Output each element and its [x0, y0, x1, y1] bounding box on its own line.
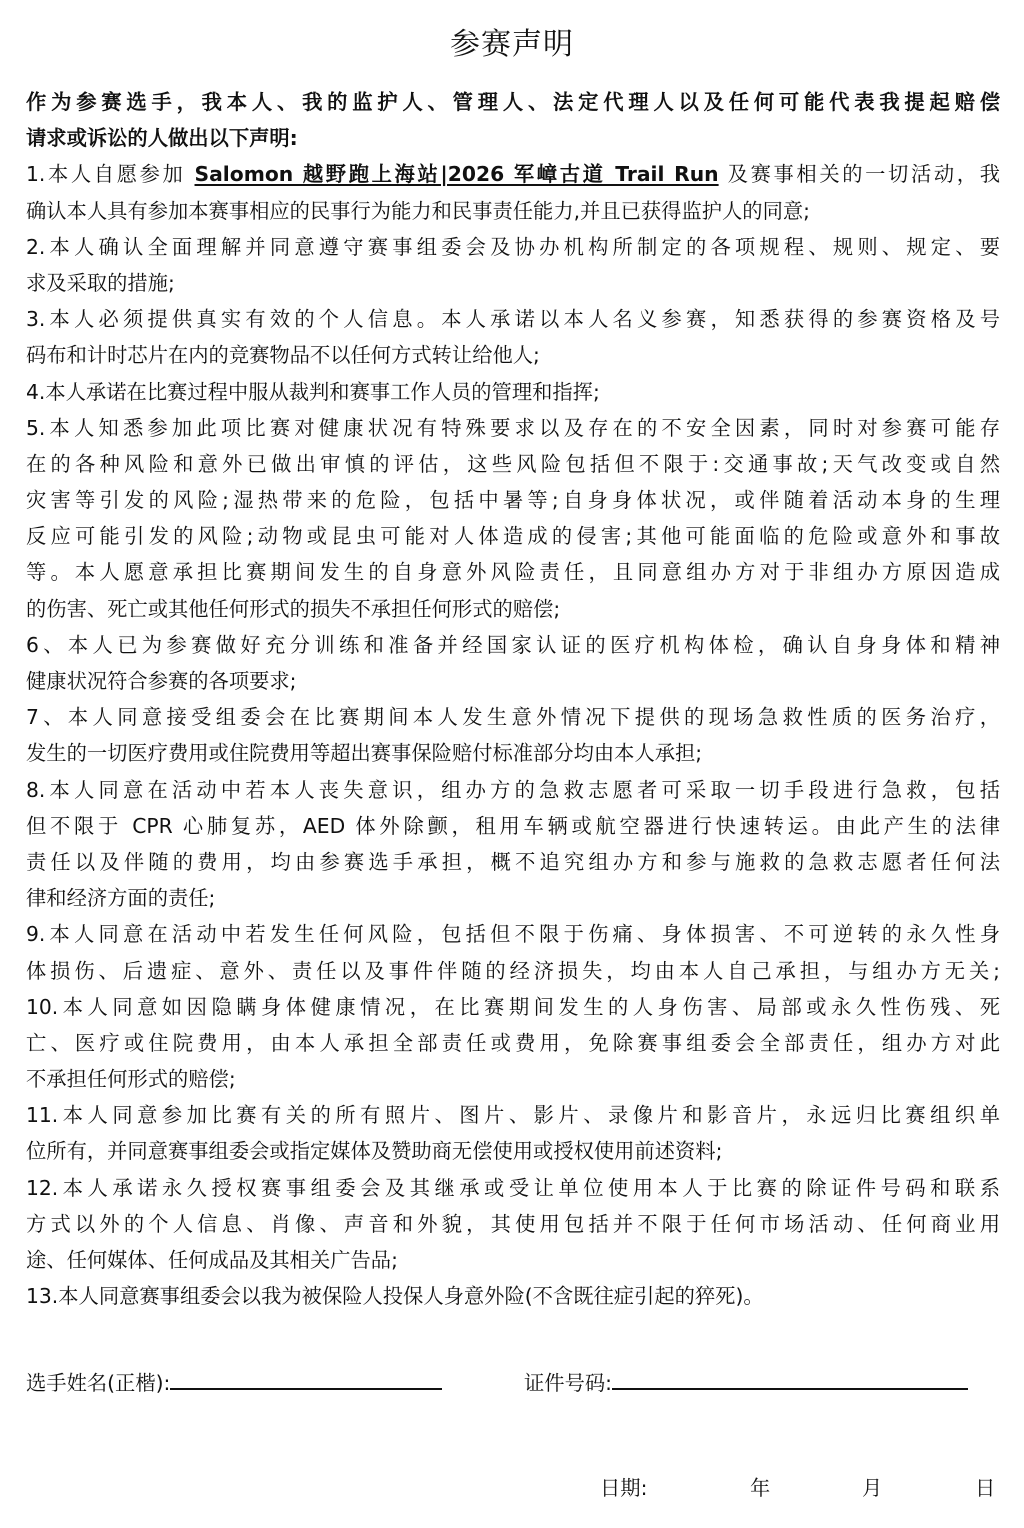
date-year-label: 年: [750, 1470, 770, 1506]
clause-5-line-2: 在的各种风险和意外已做出审慎的评估，这些风险包括但不限于:交通事故;天气改变或自…: [26, 446, 1000, 482]
clause-5-line-5: 等。本人愿意承担比赛期间发生的自身意外风险责任，且同意组办方对于非组办方原因造成: [26, 554, 1000, 590]
clause-6-line-1: 6、本人已为参赛做好充分训练和准备并经国家认证的医疗机构体检，确认自身身体和精神: [26, 627, 1000, 663]
id-number-field: 证件号码:: [524, 1362, 968, 1401]
clause-9-line-2: 体损伤、后遗症、意外、责任以及事件伴随的经济损失，均由本人自己承担，与组办方无关…: [26, 953, 1000, 989]
clause-7-line-2: 发生的一切医疗费用或住院费用等超出赛事保险赔付标准部分均由本人承担;: [26, 735, 1000, 771]
clause-12-line-1: 12.本人承诺永久授权赛事组委会及其继承或受让单位使用本人于比赛的除证件号码和联…: [26, 1170, 1000, 1206]
page-title: 参赛声明: [0, 24, 1024, 66]
date-row: 日期: 年 月 日: [0, 1470, 1024, 1506]
clause-1-line-2: 确认本人具有参加本赛事相应的民事行为能力和民事责任能力,并且已获得监护人的同意;: [26, 193, 1000, 229]
date-label: 日期:: [600, 1470, 647, 1506]
clause-6-line-2: 健康状况符合参赛的各项要求;: [26, 663, 1000, 699]
clause-8-line-4: 律和经济方面的责任;: [26, 880, 1000, 916]
clause-12-line-3: 途、任何媒体、任何成品及其相关广告品;: [26, 1242, 1000, 1278]
clause-1-prefix: 1.本人自愿参加: [26, 162, 195, 186]
clause-10-line-3: 不承担任何形式的赔偿;: [26, 1061, 1000, 1097]
clause-10-line-1: 10.本人同意如因隐瞒身体健康情况，在比赛期间发生的人身伤害、局部或永久性伤残、…: [26, 989, 1000, 1025]
athlete-name-input[interactable]: [170, 1362, 442, 1390]
id-number-input[interactable]: [612, 1362, 968, 1390]
clause-5-line-3: 灾害等引发的风险;湿热带来的危险，包括中暑等;自身身体状况，或伴随着活动本身的生…: [26, 482, 1000, 518]
date-month-label: 月: [862, 1470, 882, 1506]
clause-5-line-6: 的伤害、死亡或其他任何形式的损失不承担任何形式的赔偿;: [26, 591, 1000, 627]
athlete-name-field: 选手姓名(正楷):: [26, 1362, 442, 1401]
id-number-label: 证件号码:: [524, 1371, 612, 1395]
clause-11-line-2: 位所有，并同意赛事组委会或指定媒体及赞助商无偿使用或授权使用前述资料;: [26, 1133, 1000, 1169]
clause-12-line-2: 方式以外的个人信息、肖像、声音和外貌，其使用包括并不限于任何市场活动、任何商业用: [26, 1206, 1000, 1242]
clause-1-suffix: 及赛事相关的一切活动，我: [719, 162, 1000, 186]
athlete-name-label: 选手姓名(正楷):: [26, 1371, 170, 1395]
clause-4-line-1: 4.本人承诺在比赛过程中服从裁判和赛事工作人员的管理和指挥;: [26, 374, 1000, 410]
clause-2-line-2: 求及采取的措施;: [26, 265, 1000, 301]
clause-9-line-1: 9.本人同意在活动中若发生任何风险，包括但不限于伤痛、身体损害、不可逆转的永久性…: [26, 916, 1000, 952]
event-name: Salomon 越野跑上海站|2026 军嶂古道 Trail Run: [195, 162, 719, 186]
clause-11-line-1: 11.本人同意参加比赛有关的所有照片、图片、影片、录像片和影音片，永远归比赛组织…: [26, 1097, 1000, 1133]
signature-row: 选手姓名(正楷): 证件号码:: [26, 1362, 1000, 1398]
clause-5-line-4: 反应可能引发的风险;动物或昆虫可能对人体造成的侵害;其他可能面临的危险或意外和事…: [26, 518, 1000, 554]
clause-2-line-1: 2.本人确认全面理解并同意遵守赛事组委会及协办机构所制定的各项规程、规则、规定、…: [26, 229, 1000, 265]
declaration-body: 作为参赛选手，我本人、我的监护人、管理人、法定代理人以及任何可能代表我提起赔偿 …: [26, 84, 1000, 1314]
date-day-label: 日: [975, 1470, 995, 1506]
clause-8-line-1: 8.本人同意在活动中若本人丧失意识，组办方的急救志愿者可采取一切手段进行急救，包…: [26, 772, 1000, 808]
clause-3-line-2: 码布和计时芯片在内的竞赛物品不以任何方式转让给他人;: [26, 337, 1000, 373]
intro-line-2: 请求或诉讼的人做出以下声明:: [26, 120, 1000, 156]
clause-1-line-1: 1.本人自愿参加 Salomon 越野跑上海站|2026 军嶂古道 Trail …: [26, 156, 1000, 192]
clause-8-line-3: 责任以及伴随的费用，均由参赛选手承担，概不追究组办方和参与施救的急救志愿者任何法: [26, 844, 1000, 880]
clause-13-line-1: 13.本人同意赛事组委会以我为被保险人投保人身意外险(不含既往症引起的猝死)。: [26, 1278, 1000, 1314]
clause-7-line-1: 7、本人同意接受组委会在比赛期间本人发生意外情况下提供的现场急救性质的医务治疗，: [26, 699, 1000, 735]
intro-line-1: 作为参赛选手，我本人、我的监护人、管理人、法定代理人以及任何可能代表我提起赔偿: [26, 84, 1000, 120]
clause-8-line-2: 但不限于 CPR 心肺复苏，AED 体外除颤，租用车辆或航空器进行快速转运。由此…: [26, 808, 1000, 844]
clause-5-line-1: 5.本人知悉参加此项比赛对健康状况有特殊要求以及存在的不安全因素，同时对参赛可能…: [26, 410, 1000, 446]
clause-10-line-2: 亡、医疗或住院费用，由本人承担全部责任或费用，免除赛事组委会全部责任，组办方对此: [26, 1025, 1000, 1061]
clause-3-line-1: 3.本人必须提供真实有效的个人信息。本人承诺以本人名义参赛，知悉获得的参赛资格及…: [26, 301, 1000, 337]
